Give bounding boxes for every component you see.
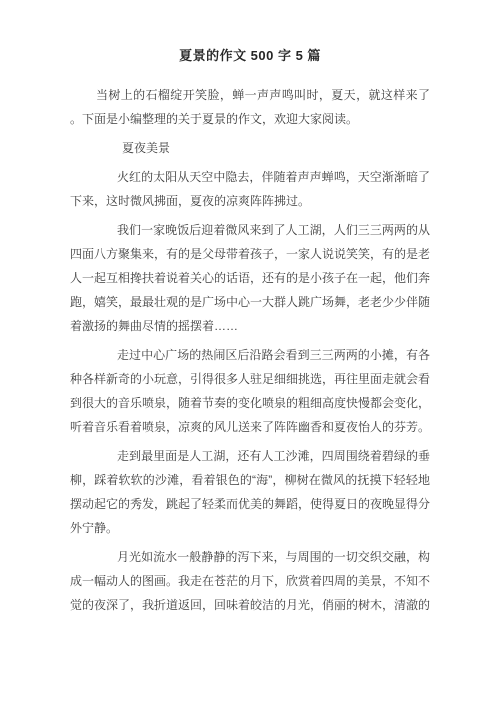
- document-viewport: { "page": { "title": "夏景的作文 500 字 5 篇", …: [0, 0, 500, 707]
- intro-paragraph: 当树上的石榴绽开笑脸，蝉一声声鸣叫时，夏天，就这样来了。下面是小编整理的关于夏景…: [70, 83, 430, 131]
- document-page: 夏景的作文 500 字 5 篇 当树上的石榴绽开笑脸，蝉一声声鸣叫时，夏天，就这…: [0, 0, 500, 707]
- essay-paragraph-4: 走到最里面是人工湖，还有人工沙滩，四周围绕着碧绿的垂柳，踩着软软的沙滩，看着银色…: [70, 444, 430, 540]
- page-title: 夏景的作文 500 字 5 篇: [70, 46, 430, 66]
- essay-paragraph-1: 火红的太阳从天空中隐去，伴随着声声蝉鸣，天空渐渐暗了下来，这时微风拂面，夏夜的凉…: [70, 165, 430, 213]
- essay-paragraph-2: 我们一家晚饭后迎着微风来到了人工湖，人们三三两两的从四面八方聚集来，有的是父母带…: [70, 218, 430, 338]
- essay-paragraph-3: 走过中心广场的热闹区后沿路会看到三三两两的小摊，有各种各样新奇的小玩意，引得很多…: [70, 343, 430, 439]
- essay-paragraph-5: 月光如流水一般静静的泻下来，与周围的一切交织交融，构成一幅动人的图画。我走在苍茫…: [70, 545, 430, 617]
- section-title: 夏夜美景: [70, 136, 430, 160]
